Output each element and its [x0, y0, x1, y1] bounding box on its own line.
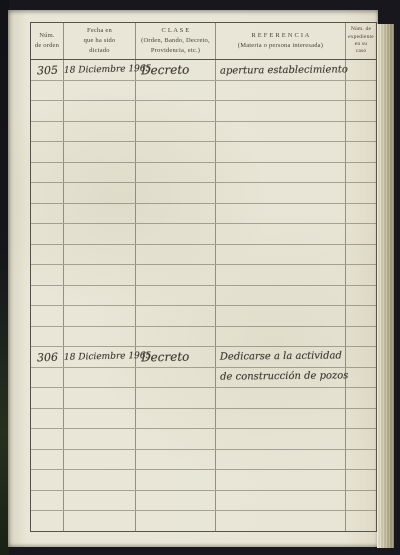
grid-cell [216, 122, 346, 142]
grid-cell [64, 409, 136, 429]
grid-cell [64, 491, 136, 511]
grid-cell [216, 429, 346, 449]
grid-cell [31, 101, 64, 121]
grid-cell [346, 142, 376, 162]
grid-row [31, 245, 376, 266]
table-header-row: Núm. de orden Fecha en que ha sido dicta… [31, 23, 376, 60]
header-expediente: Núm. de expediente en su caso [346, 23, 376, 59]
header-referencia: R E F E R E N C I A (Materia o persona i… [216, 23, 346, 59]
grid-cell [346, 429, 376, 449]
grid-cell [136, 306, 216, 326]
grid-cell [64, 163, 136, 183]
grid-cell [216, 81, 346, 101]
grid-row [31, 101, 376, 122]
grid-cell [346, 327, 376, 347]
grid-cell [64, 224, 136, 244]
grid-row [31, 163, 376, 184]
grid-cell [64, 306, 136, 326]
grid-cell [31, 183, 64, 203]
grid-row [31, 306, 376, 327]
grid-cell [64, 429, 136, 449]
grid-cell [346, 470, 376, 490]
grid-cell [31, 491, 64, 511]
grid-cell [346, 511, 376, 532]
grid-cell [31, 224, 64, 244]
grid-cell [346, 347, 376, 367]
grid-cell [346, 409, 376, 429]
grid-cell [216, 491, 346, 511]
grid-row [31, 224, 376, 245]
grid-cell [31, 204, 64, 224]
grid-row [31, 368, 376, 389]
grid-row [31, 183, 376, 204]
grid-cell [136, 368, 216, 388]
grid-cell [346, 81, 376, 101]
grid-cell [31, 60, 64, 80]
grid-cell [346, 450, 376, 470]
grid-cell [216, 306, 346, 326]
grid-cell [136, 265, 216, 285]
grid-cell [346, 245, 376, 265]
grid-cell [64, 327, 136, 347]
grid-cell [216, 204, 346, 224]
grid-cell [136, 470, 216, 490]
grid-row [31, 204, 376, 225]
grid-cell [31, 409, 64, 429]
grid-cell [31, 511, 64, 532]
grid-cell [216, 101, 346, 121]
grid-row [31, 286, 376, 307]
grid-cell [136, 511, 216, 532]
grid-cell [136, 224, 216, 244]
grid-cell [64, 81, 136, 101]
grid-cell [136, 142, 216, 162]
grid-cell [216, 409, 346, 429]
grid-cell [31, 368, 64, 388]
grid-cell [216, 245, 346, 265]
grid-cell [346, 183, 376, 203]
grid-row [31, 327, 376, 348]
grid-cell [136, 450, 216, 470]
grid-cell [136, 347, 216, 367]
grid-cell [216, 60, 346, 80]
grid-cell [216, 163, 346, 183]
grid-cell [136, 122, 216, 142]
grid-cell [64, 60, 136, 80]
grid-cell [216, 470, 346, 490]
grid-row [31, 470, 376, 491]
grid-cell [216, 388, 346, 408]
grid-cell [346, 224, 376, 244]
grid-row [31, 450, 376, 471]
grid-cell [64, 347, 136, 367]
table-grid [31, 60, 376, 532]
grid-row [31, 429, 376, 450]
grid-cell [346, 286, 376, 306]
grid-cell [216, 368, 346, 388]
grid-cell [136, 60, 216, 80]
grid-cell [346, 122, 376, 142]
grid-cell [136, 101, 216, 121]
grid-row [31, 60, 376, 81]
grid-cell [136, 429, 216, 449]
header-fecha: Fecha en que ha sido dictado [64, 23, 136, 59]
grid-cell [31, 470, 64, 490]
grid-cell [31, 142, 64, 162]
grid-cell [31, 245, 64, 265]
grid-cell [31, 122, 64, 142]
grid-cell [136, 286, 216, 306]
grid-cell [216, 286, 346, 306]
grid-cell [346, 368, 376, 388]
grid-cell [64, 286, 136, 306]
grid-cell [346, 265, 376, 285]
grid-cell [346, 163, 376, 183]
grid-cell [136, 388, 216, 408]
grid-cell [216, 511, 346, 532]
grid-cell [216, 224, 346, 244]
grid-cell [64, 450, 136, 470]
grid-cell [216, 347, 346, 367]
grid-cell [31, 163, 64, 183]
grid-cell [136, 204, 216, 224]
grid-row [31, 347, 376, 368]
grid-row [31, 409, 376, 430]
grid-cell [216, 183, 346, 203]
grid-cell [64, 142, 136, 162]
grid-cell [31, 265, 64, 285]
grid-cell [136, 81, 216, 101]
grid-cell [64, 470, 136, 490]
grid-cell [64, 388, 136, 408]
grid-row [31, 265, 376, 286]
grid-cell [136, 245, 216, 265]
grid-cell [346, 204, 376, 224]
header-num-orden: Núm. de orden [31, 23, 64, 59]
grid-cell [216, 450, 346, 470]
grid-cell [31, 429, 64, 449]
register-page: Núm. de orden Fecha en que ha sido dicta… [8, 10, 378, 547]
grid-cell [136, 163, 216, 183]
grid-cell [346, 60, 376, 80]
grid-cell [216, 265, 346, 285]
grid-cell [64, 204, 136, 224]
grid-cell [31, 450, 64, 470]
grid-cell [346, 388, 376, 408]
grid-cell [31, 347, 64, 367]
grid-cell [346, 306, 376, 326]
grid-cell [346, 491, 376, 511]
grid-cell [346, 101, 376, 121]
grid-cell [64, 183, 136, 203]
page-stack-edge [377, 24, 394, 548]
header-clase: C L A S E (Orden, Bando, Decreto, Provid… [136, 23, 216, 59]
grid-cell [64, 511, 136, 532]
grid-row [31, 491, 376, 512]
grid-cell [64, 101, 136, 121]
grid-cell [64, 265, 136, 285]
grid-cell [31, 327, 64, 347]
grid-cell [31, 306, 64, 326]
grid-row [31, 81, 376, 102]
register-table: Núm. de orden Fecha en que ha sido dicta… [30, 22, 377, 532]
grid-cell [216, 327, 346, 347]
grid-cell [136, 491, 216, 511]
grid-row [31, 122, 376, 143]
grid-row [31, 511, 376, 532]
grid-row [31, 388, 376, 409]
grid-cell [31, 81, 64, 101]
grid-cell [64, 368, 136, 388]
grid-cell [136, 327, 216, 347]
grid-row [31, 142, 376, 163]
grid-cell [31, 388, 64, 408]
grid-cell [64, 245, 136, 265]
grid-cell [136, 409, 216, 429]
grid-cell [216, 142, 346, 162]
grid-cell [136, 183, 216, 203]
grid-cell [64, 122, 136, 142]
grid-cell [31, 286, 64, 306]
